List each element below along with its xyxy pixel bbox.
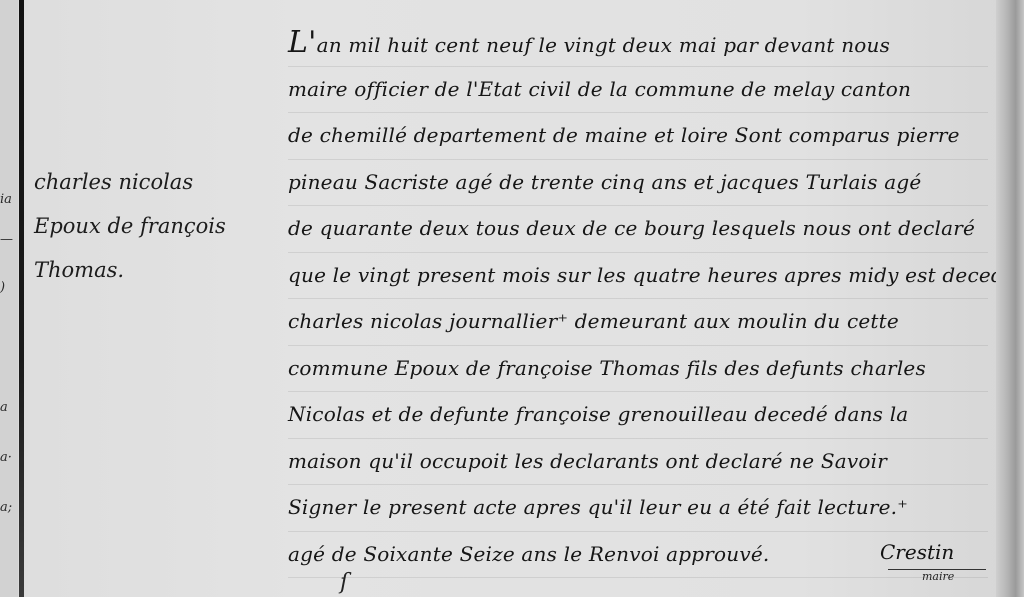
adjacent-page-edge: ia — ) a a· a;	[0, 0, 18, 597]
register-page: ia — ) a a· a; charles nicolas Epoux de …	[0, 0, 1024, 597]
act-line: Signer le present acte apres qu'il leur …	[288, 485, 988, 532]
act-line: que le vingt present mois sur les quatre…	[288, 253, 988, 300]
act-body: L'an mil huit cent neuf le vingt deux ma…	[288, 20, 988, 578]
scrap-fragment: ia	[0, 192, 12, 207]
act-line: de chemillé departement de maine et loir…	[288, 113, 988, 160]
act-line: charles nicolas journallier⁺ demeurant a…	[288, 299, 988, 346]
scrap-fragment: a;	[0, 500, 12, 515]
act-line: maire officier de l'Etat civil de la com…	[288, 67, 988, 114]
scrap-fragment: a	[0, 400, 8, 415]
marginal-note-line: Epoux de françois	[34, 204, 254, 248]
signature-title: maire	[922, 570, 954, 583]
scrap-fragment: —	[0, 232, 13, 247]
act-line: de quarante deux tous deux de ce bourg l…	[288, 206, 988, 253]
page-binding-edge	[996, 0, 1024, 597]
act-line: commune Epoux de françoise Thomas fils d…	[288, 346, 988, 393]
act-line: maison qu'il occupoit les declarants ont…	[288, 439, 988, 486]
mayor-signature: Crestin	[880, 540, 954, 564]
margin-rule-line	[19, 0, 24, 597]
act-line: Nicolas et de defunte françoise grenouil…	[288, 392, 988, 439]
scrap-fragment: )	[0, 280, 5, 295]
act-line: L'an mil huit cent neuf le vingt deux ma…	[288, 20, 988, 67]
act-line: pineau Sacriste agé de trente cinq ans e…	[288, 160, 988, 207]
marginal-note-line: charles nicolas	[34, 160, 254, 204]
scrap-fragment: a·	[0, 450, 12, 465]
marginal-note: charles nicolas Epoux de françois Thomas…	[34, 160, 254, 292]
marginal-note-line: Thomas.	[34, 248, 254, 292]
stray-ink-mark: ſ	[340, 570, 348, 595]
